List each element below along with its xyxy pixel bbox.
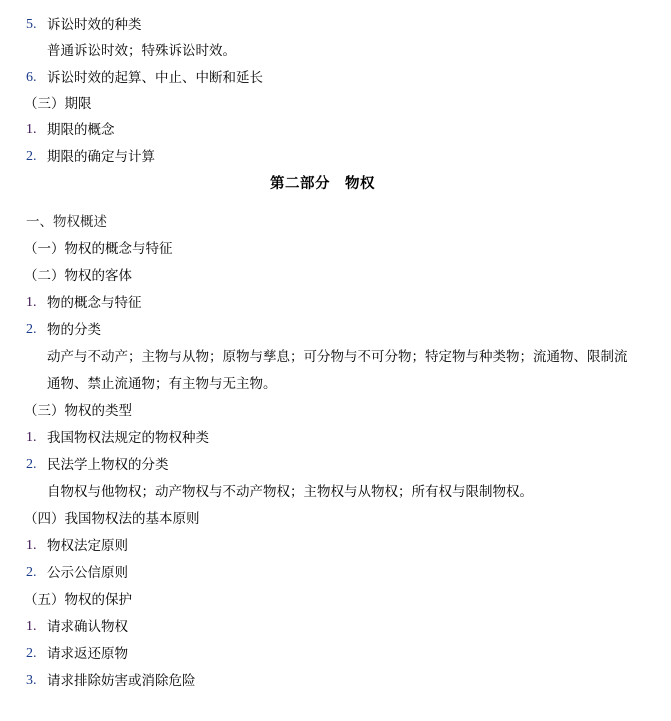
subsection-text: （四）我国物权法的基本原则 [24,509,200,529]
list-item-text: 诉讼时效的种类 [47,15,142,35]
list-number: 5. [26,15,37,35]
list-number: 3. [26,671,37,691]
list-item-text: 我国物权法规定的物权种类 [47,428,209,448]
list-item-text: 物的概念与特征 [47,293,142,313]
subsection-text: （二）物权的客体 [24,266,132,286]
subsection-text: （一）物权的概念与特征 [24,239,173,259]
paragraph-text: 通物、禁止流通物；有主物与无主物。 [47,374,277,394]
list-item-text: 请求确认物权 [47,617,128,637]
list-number: 1. [26,617,37,637]
list-item-text: 请求排除妨害或消除危险 [47,671,196,691]
list-number: 1. [26,536,37,556]
paragraph-text: 自物权与他物权；动产物权与不动产物权；主物权与从物权；所有权与限制物权。 [47,482,533,502]
paragraph-text: 动产与不动产；主物与从物；原物与孳息；可分物与不可分物；特定物与种类物；流通物、… [47,347,628,367]
list-number: 2. [26,563,37,583]
paragraph-text: 普通诉讼时效；特殊诉讼时效。 [47,41,236,61]
list-number: 1. [26,293,37,313]
subsection-text: （五）物权的保护 [24,590,132,610]
list-number: 2. [26,644,37,664]
list-number: 6. [26,68,37,88]
list-item-text: 诉讼时效的起算、中止、中断和延长 [47,68,263,88]
list-item-text: 物的分类 [47,320,101,340]
list-number: 1. [26,428,37,448]
part-title: 第二部分 物权 [270,174,375,194]
list-item-text: 请求返还原物 [47,644,128,664]
list-item-text: 民法学上物权的分类 [47,455,169,475]
section-heading: 一、物权概述 [26,212,107,232]
list-number: 2. [26,320,37,340]
list-item-text: 物权法定原则 [47,536,128,556]
subsection-text: （三）期限 [24,94,92,114]
list-number: 2. [26,147,37,167]
list-item-text: 期限的概念 [47,120,115,140]
list-item-text: 公示公信原则 [47,563,128,583]
list-item-text: 期限的确定与计算 [47,147,155,167]
list-number: 2. [26,455,37,475]
subsection-text: （三）物权的类型 [24,401,132,421]
list-number: 1. [26,120,37,140]
